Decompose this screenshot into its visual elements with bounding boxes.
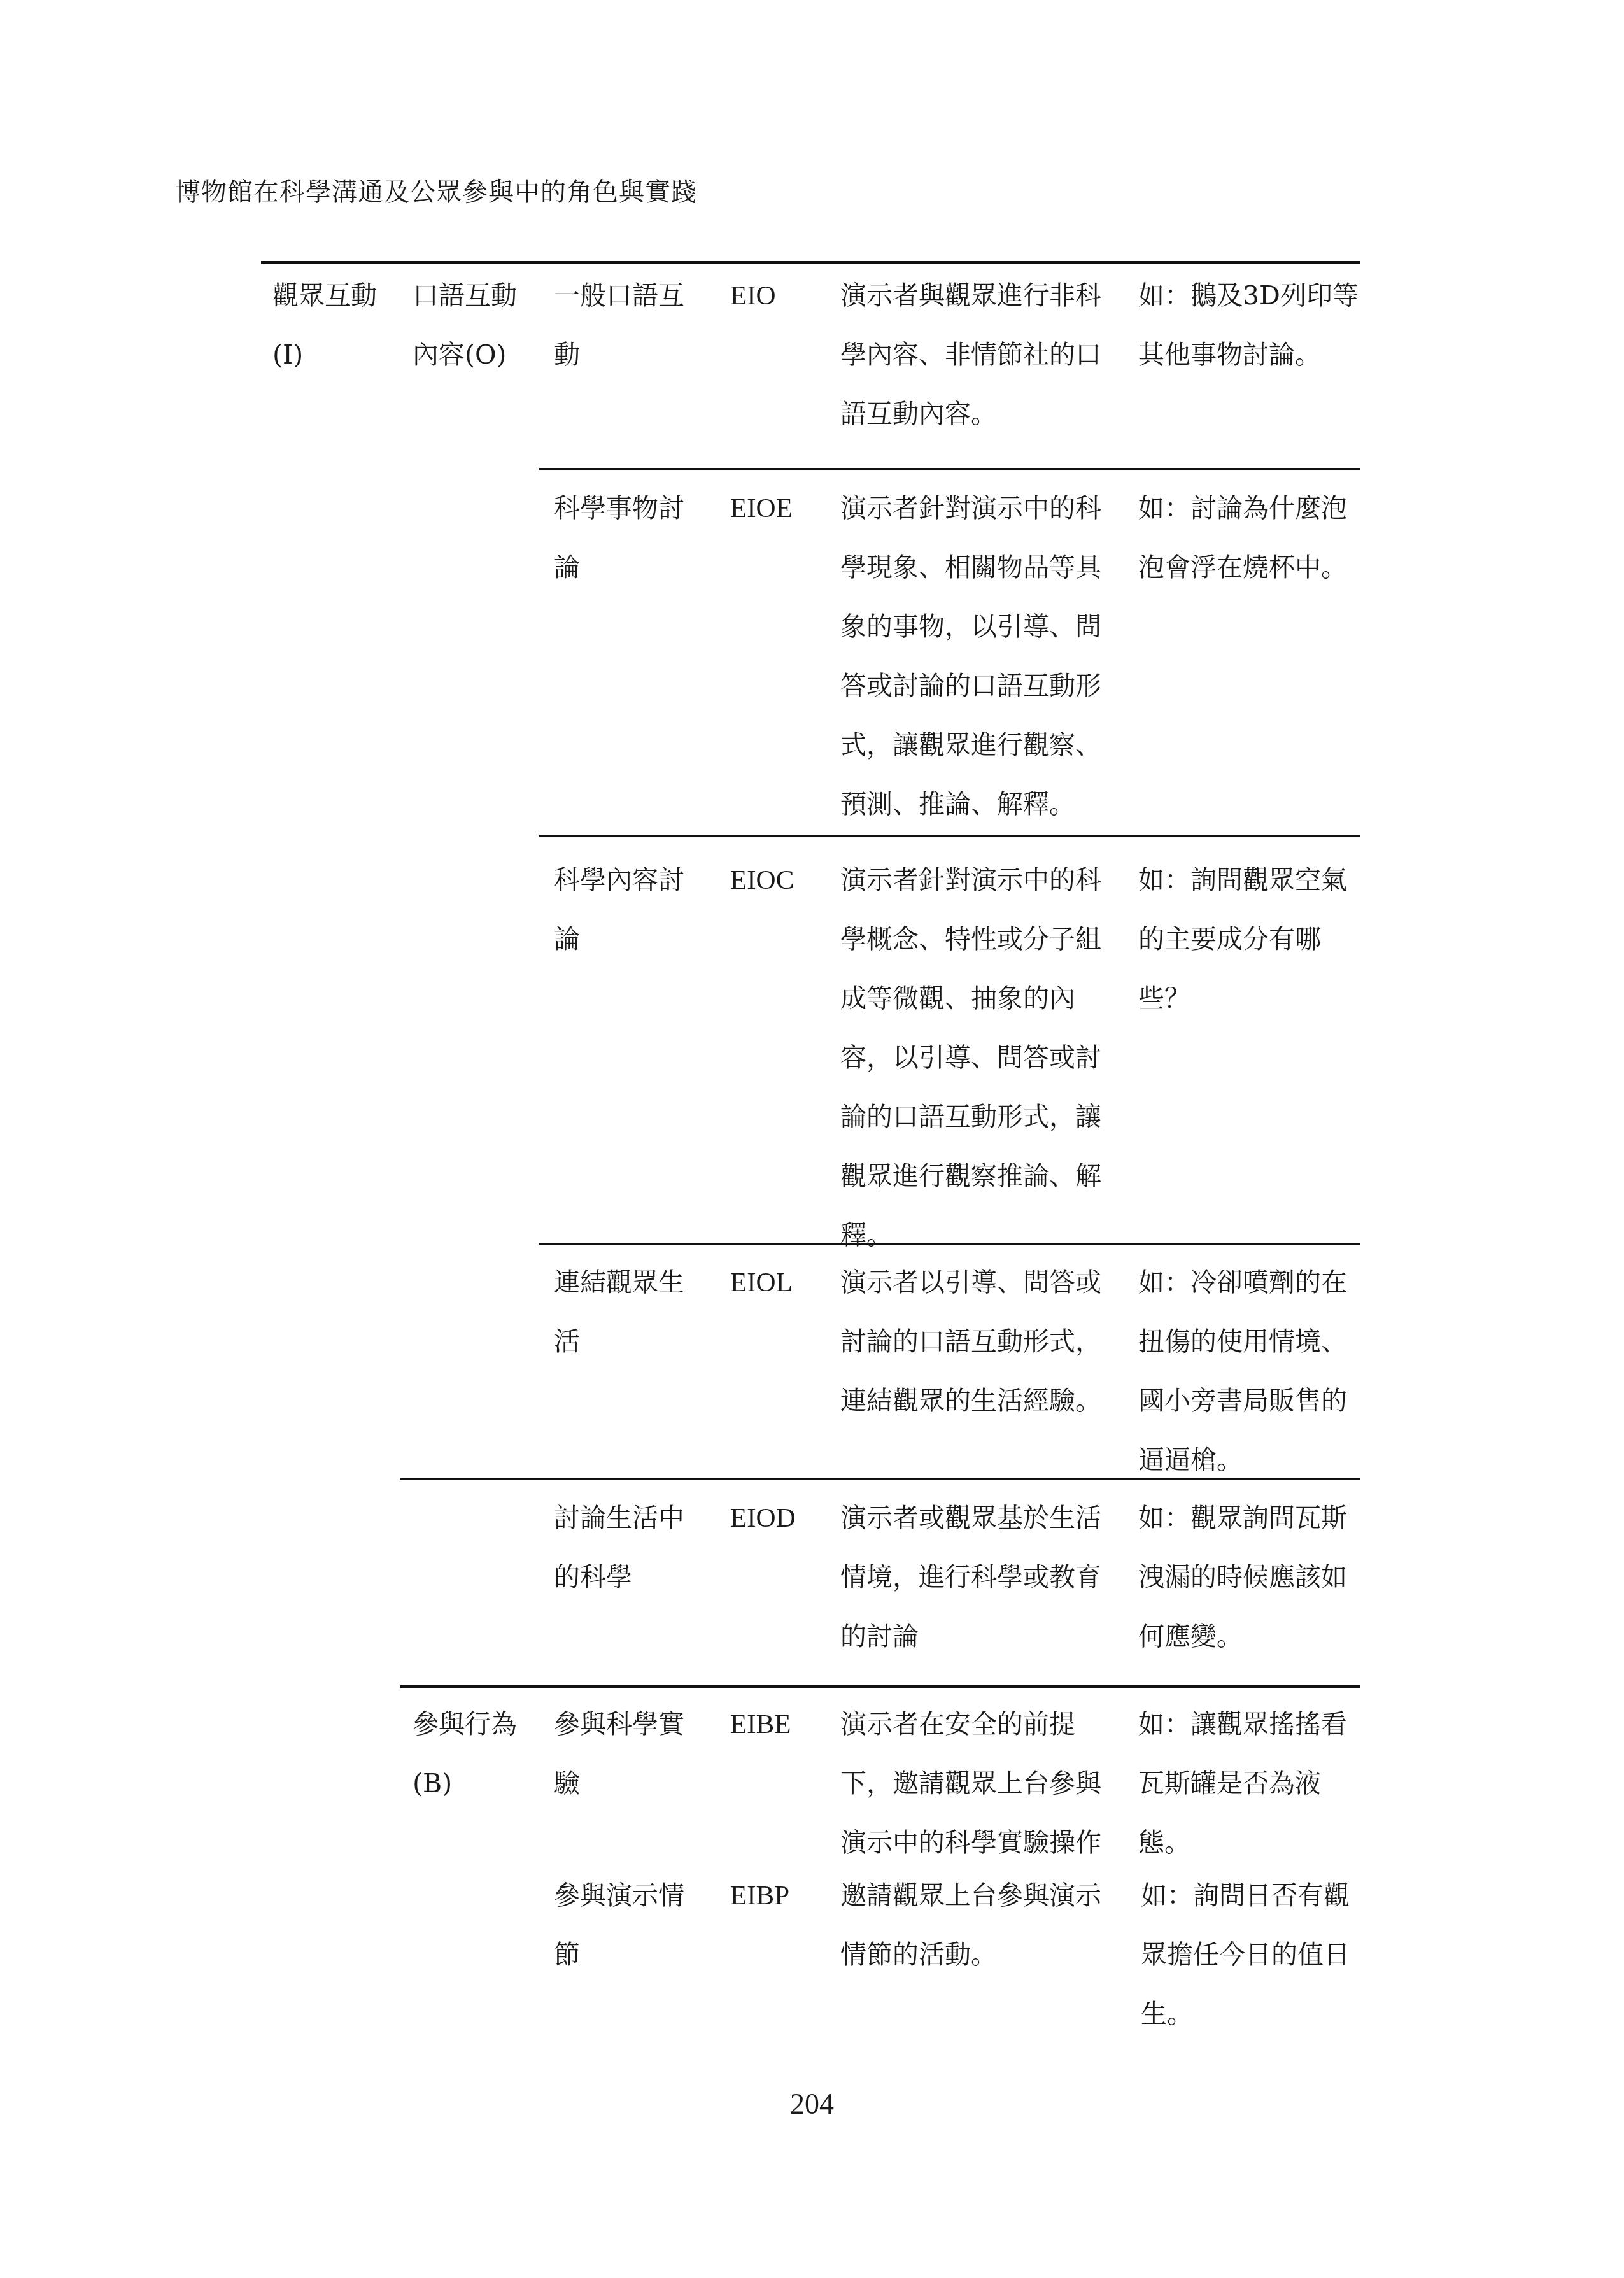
table-top-rule (261, 261, 1360, 264)
definition-line: 邀請觀眾上台參與演示 (840, 1866, 1101, 1925)
subcategory-line: 參與行為 (413, 1695, 517, 1754)
definition-line: 預測、推論、解釋。 (840, 775, 1101, 834)
definition-line: 情節的活動。 (840, 1925, 1101, 1984)
definition-line: 演示者以引導、問答或 (840, 1253, 1101, 1312)
example-line: 態。 (1138, 1813, 1347, 1872)
subcategory-line: 口語互動 (413, 266, 517, 325)
example-line: 如：鵝及3D列印等 (1138, 266, 1359, 325)
page-number: 204 (0, 2087, 1624, 2121)
row-example: 如：鵝及3D列印等 其他事物討論。 (1138, 266, 1359, 385)
definition-line: 討論的口語互動形式， (840, 1312, 1101, 1371)
definition-line: 連結觀眾的生活經驗。 (840, 1371, 1101, 1431)
row-name-line: 參與科學實 (554, 1695, 684, 1754)
example-line: 如：詢問日否有觀 (1141, 1866, 1350, 1925)
table-row-name: 科學內容討 論 (554, 851, 684, 969)
definition-line: 演示者與觀眾進行非科 (840, 266, 1101, 325)
row-definition: 演示者針對演示中的科 學現象、相關物品等具 象的事物，以引導、問 答或討論的口語… (840, 479, 1101, 834)
definition-line: 學內容、非情節社的口 (840, 325, 1101, 385)
example-line: 如：觀眾詢問瓦斯 (1138, 1489, 1347, 1548)
example-line: 如：詢問觀眾空氣 (1138, 851, 1347, 910)
row-name-line: 論 (554, 538, 684, 597)
row-code: EIBE (730, 1695, 791, 1754)
definition-line: 學現象、相關物品等具 (840, 538, 1101, 597)
row-code: EIOC (730, 851, 794, 910)
row-name-line: 的科學 (554, 1548, 684, 1607)
definition-line: 演示者針對演示中的科 (840, 479, 1101, 538)
row-code: EIOL (730, 1253, 793, 1312)
group-divider (400, 1685, 1360, 1688)
running-header: 博物館在科學溝通及公眾參與中的角色與實踐 (175, 172, 697, 208)
row-code: EIO (730, 266, 776, 325)
definition-line: 的討論 (840, 1607, 1101, 1666)
category-line: (I) (272, 325, 377, 385)
example-line: 逼逼槍。 (1138, 1431, 1347, 1490)
row-definition: 演示者或觀眾基於生活 情境，進行科學或教育 的討論 (840, 1489, 1101, 1666)
example-line: 國小旁書局販售的 (1138, 1371, 1347, 1431)
example-line: 何應變。 (1138, 1607, 1347, 1666)
example-line: 如：討論為什麼泡 (1138, 479, 1347, 538)
category-cell: 觀眾互動 (I) (272, 266, 377, 385)
example-line: 如：讓觀眾搖搖看 (1138, 1695, 1347, 1754)
row-code: EIOD (730, 1489, 796, 1548)
table-row-name: 參與演示情 節 (554, 1866, 684, 1984)
row-example: 如：冷卻噴劑的在 扭傷的使用情境、 國小旁書局販售的 逼逼槍。 (1138, 1253, 1347, 1490)
row-divider (539, 835, 1360, 837)
definition-line: 演示者針對演示中的科 (840, 851, 1101, 910)
definition-line: 下，邀請觀眾上台參與 (840, 1754, 1101, 1813)
definition-line: 象的事物，以引導、問 (840, 597, 1101, 656)
definition-line: 成等微觀、抽象的內 (840, 969, 1101, 1028)
definition-line: 演示者或觀眾基於生活 (840, 1489, 1101, 1548)
table-row-name: 連結觀眾生 活 (554, 1253, 684, 1371)
example-line: 洩漏的時候應該如 (1138, 1548, 1347, 1607)
definition-line: 容，以引導、問答或討 (840, 1028, 1101, 1087)
row-name-line: 驗 (554, 1754, 684, 1813)
row-name-line: 活 (554, 1312, 684, 1371)
row-example: 如：讓觀眾搖搖看 瓦斯罐是否為液 態。 (1138, 1695, 1347, 1872)
row-definition: 演示者在安全的前提 下，邀請觀眾上台參與 演示中的科學實驗操作 (840, 1695, 1101, 1872)
row-code: EIOE (730, 479, 793, 538)
example-line: 生。 (1141, 1984, 1350, 2044)
subcategory-line: 內容(O) (413, 325, 517, 385)
row-definition: 演示者針對演示中的科 學概念、特性或分子組 成等微觀、抽象的內 容，以引導、問答… (840, 851, 1101, 1265)
definition-line: 情境，進行科學或教育 (840, 1548, 1101, 1607)
row-name-line: 論 (554, 910, 684, 969)
subcategory-cell: 口語互動 內容(O) (413, 266, 517, 385)
row-definition: 演示者以引導、問答或 討論的口語互動形式， 連結觀眾的生活經驗。 (840, 1253, 1101, 1431)
row-name-line: 一般口語互 (554, 266, 684, 325)
row-example: 如：觀眾詢問瓦斯 洩漏的時候應該如 何應變。 (1138, 1489, 1347, 1666)
definition-line: 演示中的科學實驗操作 (840, 1813, 1101, 1872)
definition-line: 學概念、特性或分子組 (840, 910, 1101, 969)
table-row-name: 一般口語互 動 (554, 266, 684, 385)
row-name-line: 討論生活中 (554, 1489, 684, 1548)
row-name-line: 參與演示情 (554, 1866, 684, 1925)
definition-line: 論的口語互動形式，讓 (840, 1087, 1101, 1147)
row-name-line: 連結觀眾生 (554, 1253, 684, 1312)
example-line: 瓦斯罐是否為液 (1138, 1754, 1347, 1813)
definition-line: 答或討論的口語互動形 (840, 656, 1101, 716)
table-row-name: 討論生活中 的科學 (554, 1489, 684, 1607)
row-name-line: 科學內容討 (554, 851, 684, 910)
row-name-line: 科學事物討 (554, 479, 684, 538)
subcategory-cell: 參與行為 (B) (413, 1695, 517, 1813)
row-example: 如：詢問觀眾空氣 的主要成分有哪 些？ (1138, 851, 1347, 1028)
example-line: 些？ (1138, 969, 1347, 1028)
subcategory-line: (B) (413, 1754, 517, 1813)
row-example: 如：詢問日否有觀 眾擔任今日的值日 生。 (1141, 1866, 1350, 2044)
example-line: 其他事物討論。 (1138, 325, 1359, 385)
row-definition: 邀請觀眾上台參與演示 情節的活動。 (840, 1866, 1101, 1984)
row-example: 如：討論為什麼泡 泡會浮在燒杯中。 (1138, 479, 1347, 597)
table-row-name: 參與科學實 驗 (554, 1695, 684, 1813)
category-line: 觀眾互動 (272, 266, 377, 325)
row-definition: 演示者與觀眾進行非科 學內容、非情節社的口 語互動內容。 (840, 266, 1101, 444)
example-line: 扭傷的使用情境、 (1138, 1312, 1347, 1371)
row-name-line: 節 (554, 1925, 684, 1984)
definition-line: 語互動內容。 (840, 385, 1101, 444)
example-line: 的主要成分有哪 (1138, 910, 1347, 969)
example-line: 泡會浮在燒杯中。 (1138, 538, 1347, 597)
example-line: 眾擔任今日的值日 (1141, 1925, 1350, 1984)
row-code: EIBP (730, 1866, 789, 1925)
row-divider (539, 468, 1360, 470)
definition-line: 式，讓觀眾進行觀察、 (840, 716, 1101, 775)
table-row-name: 科學事物討 論 (554, 479, 684, 597)
row-name-line: 動 (554, 325, 684, 385)
definition-line: 演示者在安全的前提 (840, 1695, 1101, 1754)
example-line: 如：冷卻噴劑的在 (1138, 1253, 1347, 1312)
definition-line: 觀眾進行觀察推論、解 (840, 1147, 1101, 1206)
